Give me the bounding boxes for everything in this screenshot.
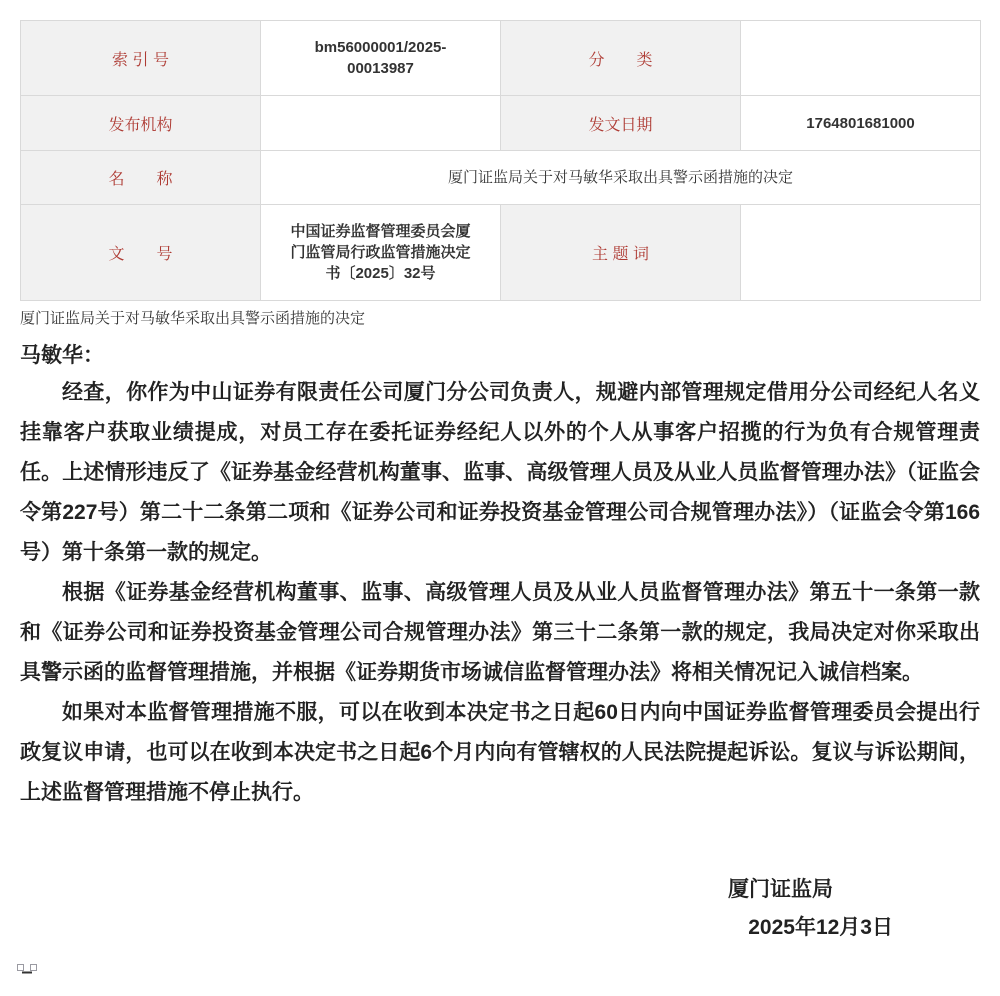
table-row: 名 称 厦门证监局关于对马敏华采取出具警示函措施的决定 xyxy=(21,151,981,205)
doc-number-value: 中国证券监督管理委员会厦门监管局行政监管措施决定书〔2025〕32号 xyxy=(261,205,501,301)
issue-date-value: 1764801681000 xyxy=(741,96,981,151)
signature-date: 2025年12月3日 xyxy=(20,913,980,943)
issue-date-label: 发文日期 xyxy=(501,96,741,151)
issuing-agency-value xyxy=(261,96,501,151)
signature-org: 厦门证监局 xyxy=(20,875,980,905)
subject-words-label: 主 题 词 xyxy=(501,205,741,301)
issuing-agency-label: 发布机构 xyxy=(21,96,261,151)
category-label: 分 类 xyxy=(501,21,741,96)
paragraph-decision: 根据《证券基金经营机构董事、监事、高级管理人员及从业人员监督管理办法》第五十一条… xyxy=(20,573,980,693)
salutation: 马敏华： xyxy=(20,341,980,371)
document-page: 索 引 号 bm56000001/2025-00013987 分 类 发布机构 … xyxy=(0,0,1000,996)
document-title: 厦门证监局关于对马敏华采取出具警示函措施的决定 xyxy=(20,308,980,330)
name-label: 名 称 xyxy=(21,151,261,205)
paragraph-findings: 经查，你作为中山证券有限责任公司厦门分公司负责人，规避内部管理规定借用分公司经纪… xyxy=(20,373,980,573)
doc-number-label: 文 号 xyxy=(21,205,261,301)
table-row: 索 引 号 bm56000001/2025-00013987 分 类 xyxy=(21,21,981,96)
name-value: 厦门证监局关于对马敏华采取出具警示函措施的决定 xyxy=(261,151,981,205)
table-row: 文 号 中国证券监督管理委员会厦门监管局行政监管措施决定书〔2025〕32号 主… xyxy=(21,205,981,301)
metadata-table: 索 引 号 bm56000001/2025-00013987 分 类 发布机构 … xyxy=(20,20,981,301)
subject-words-value xyxy=(741,205,981,301)
index-number-value: bm56000001/2025-00013987 xyxy=(261,21,501,96)
category-value xyxy=(741,21,981,96)
paragraph-appeal-rights: 如果对本监督管理措施不服，可以在收到本决定书之日起60日内向中国证券监督管理委员… xyxy=(20,693,980,813)
broken-image-icon xyxy=(17,962,39,974)
index-number-label: 索 引 号 xyxy=(21,21,261,96)
table-row: 发布机构 发文日期 1764801681000 xyxy=(21,96,981,151)
